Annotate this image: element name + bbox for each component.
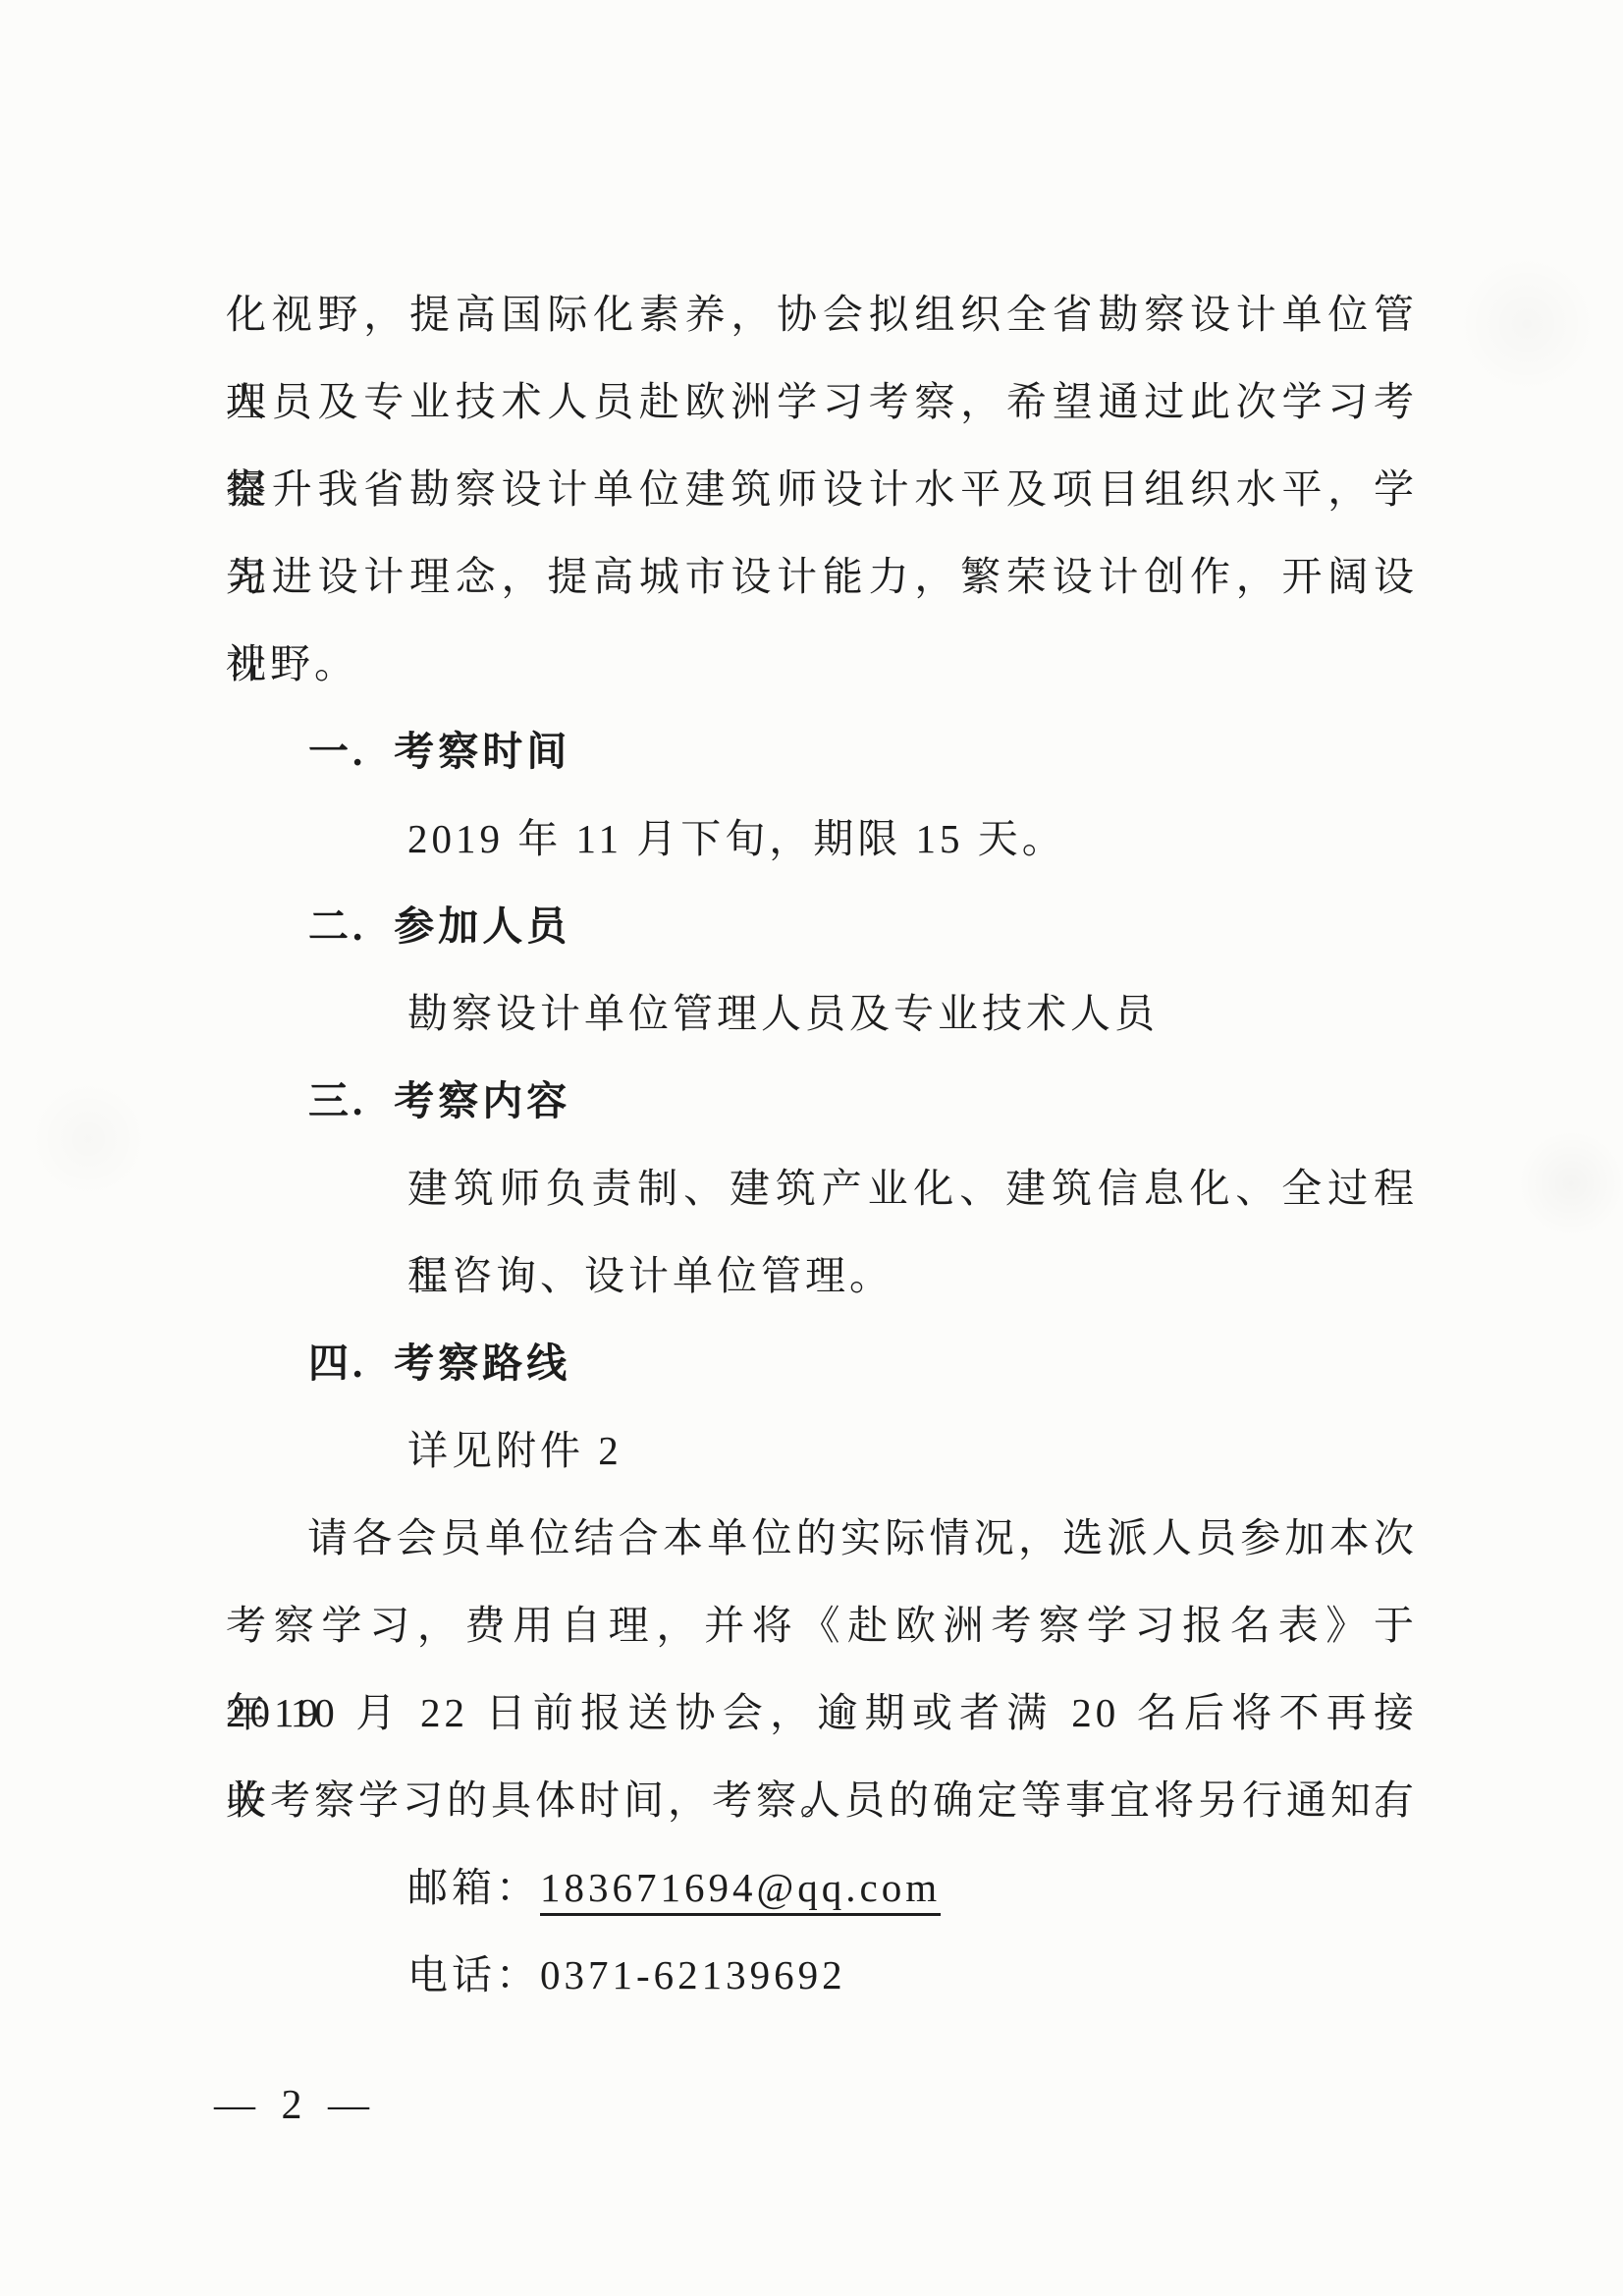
scanned-document-page: 化视野，提高国际化素养，协会拟组织全省勘察设计单位管理 人员及专业技术人员赴欧洲… (0, 0, 1623, 2296)
section-2-title: 参加人员 (394, 903, 570, 949)
paragraph-line: 先进设计理念，提高城市设计能力，繁荣设计创作，开阔设计 (226, 533, 1418, 621)
section-4-heading: 四.考察路线 (226, 1320, 1418, 1407)
page-number: — 2 — (214, 2062, 377, 2150)
contact-phone-line: 电话：0371-62139692 (226, 1932, 1418, 2019)
closing-paragraph-line: 请各会员单位结合本单位的实际情况，选派人员参加本次 (226, 1495, 1418, 1582)
contact-email-line: 邮箱：183671694@qq.com (226, 1844, 1418, 1932)
section-3-heading: 三.考察内容 (226, 1058, 1418, 1145)
document-body: 化视野，提高国际化素养，协会拟组织全省勘察设计单位管理 人员及专业技术人员赴欧洲… (226, 271, 1418, 2019)
section-1-title: 考察时间 (394, 729, 570, 774)
section-2-content-line: 勘察设计单位管理人员及专业技术人员 (226, 970, 1418, 1058)
closing-paragraph-line: 关考察学习的具体时间，考察人员的确定等事宜将另行通知。 (226, 1757, 1418, 1844)
section-3-content-line: 程咨询、设计单位管理。 (226, 1232, 1418, 1320)
section-3-number: 三. (308, 1078, 366, 1123)
paragraph-line: 化视野，提高国际化素养，协会拟组织全省勘察设计单位管理 (226, 271, 1418, 358)
section-4-number: 四. (308, 1340, 366, 1386)
closing-paragraph-line: 年 10 月 22 日前报送协会，逾期或者满 20 名后将不再接收。有 (226, 1669, 1418, 1757)
paragraph-line: 视野。 (226, 621, 1418, 708)
section-2-number: 二. (308, 903, 366, 949)
section-1-content-line: 2019 年 11 月下旬，期限 15 天。 (226, 795, 1418, 883)
phone-label: 电话： (407, 1952, 540, 1997)
section-1-heading: 一.考察时间 (226, 708, 1418, 795)
section-2-heading: 二.参加人员 (226, 883, 1418, 970)
email-label: 邮箱： (407, 1865, 540, 1910)
section-4-title: 考察路线 (394, 1340, 570, 1386)
email-address: 183671694@qq.com (540, 1865, 941, 1916)
section-3-content-line: 建筑师负责制、建筑产业化、建筑信息化、全过程工 (226, 1145, 1418, 1232)
phone-number: 0371-62139692 (540, 1952, 846, 1997)
section-4-content-line: 详见附件 2 (226, 1407, 1418, 1495)
section-3-title: 考察内容 (394, 1078, 570, 1123)
paragraph-line: 提升我省勘察设计单位建筑师设计水平及项目组织水平，学习 (226, 446, 1418, 533)
paragraph-line: 人员及专业技术人员赴欧洲学习考察，希望通过此次学习考察 (226, 358, 1418, 446)
section-1-number: 一. (308, 729, 366, 774)
closing-paragraph-line: 考察学习，费用自理，并将《赴欧洲考察学习报名表》于 2019 (226, 1582, 1418, 1669)
